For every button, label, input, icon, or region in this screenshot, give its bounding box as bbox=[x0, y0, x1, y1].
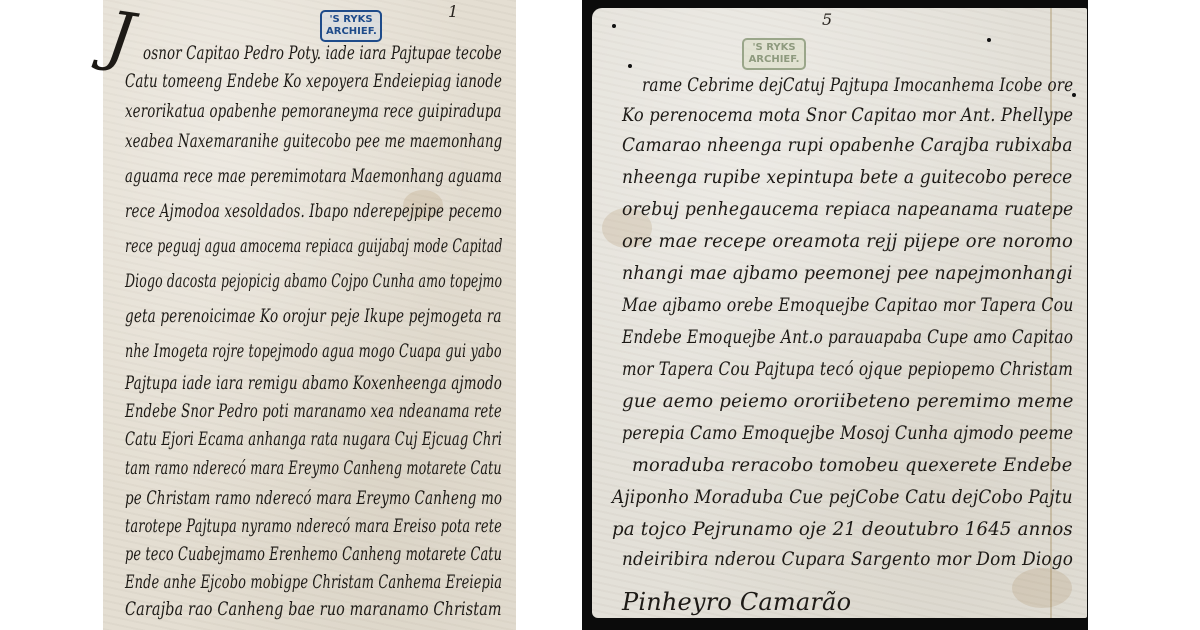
text-line: tarotepe Pajtupa nyramo nderecó mara Ere… bbox=[125, 515, 502, 537]
text-line: nhe Imogeta rojre topejmodo agua mogo Cu… bbox=[125, 340, 502, 362]
text-line: perepia Camo Emoquejbe Mosoj Cunha ajmod… bbox=[622, 422, 1073, 444]
stamp-line-2: ARCHIEF. bbox=[748, 54, 800, 66]
text-line: aguama rece mae peremimotara Maemonhang … bbox=[125, 165, 502, 187]
folio-number: 5 bbox=[822, 10, 832, 29]
text-line: pe teco Cuabejmamo Erenhemo Canheng mota… bbox=[125, 543, 502, 565]
text-line: Mae ajbamo orebe Emoquejbe Capitao mor T… bbox=[622, 294, 1074, 316]
text-line: Catu Ejori Ecama anhanga rata nugara Cuj… bbox=[125, 428, 502, 450]
text-line: Catu tomeeng Endebe Ko xepoyera Endeiepi… bbox=[125, 70, 502, 92]
text-line: osnor Capitao Pedro Poty. iade iara Pajt… bbox=[143, 42, 502, 64]
stamp-line-2: ARCHIEF. bbox=[326, 26, 376, 38]
text-line: xeabea Naxemaranihe guitecobo pee me mae… bbox=[125, 130, 502, 152]
text-line: rece Ajmodoa xesoldados. Ibapo nderepejp… bbox=[125, 200, 502, 222]
folio-number: 1 bbox=[448, 2, 458, 21]
right-manuscript-page: 5 'S RYKS ARCHIEF. rame Cebrime dejCatuj… bbox=[592, 8, 1087, 618]
text-line: Carajba rao Canheng bae ruo maranamo Chr… bbox=[125, 598, 502, 620]
text-line: ndeiribira nderou Cupara Sargento mor Do… bbox=[622, 548, 1073, 570]
text-line: moraduba reracobo tomobeu quexerete Ende… bbox=[632, 454, 1073, 476]
text-line: Ajiponho Moraduba Cue pejCobe Catu dejCo… bbox=[612, 486, 1073, 508]
stamp-line-1: 'S RYKS bbox=[326, 14, 376, 26]
left-manuscript-page: 'S RYKS ARCHIEF. 1 J osnor Capitao Pedro… bbox=[103, 0, 516, 630]
stamp-line-1: 'S RYKS bbox=[748, 42, 800, 54]
ink-spot bbox=[612, 24, 616, 28]
text-line: rame Cebrime dejCatuj Pajtupa Imocanhema… bbox=[642, 74, 1073, 96]
archive-stamp: 'S RYKS ARCHIEF. bbox=[320, 10, 382, 42]
text-line: geta perenoicimae Ko orojur peje Ikupe p… bbox=[125, 305, 502, 327]
ink-spot bbox=[628, 64, 632, 68]
text-line: Ko perenocema mota Snor Capitao mor Ant.… bbox=[622, 104, 1073, 126]
text-line: Camarao nheenga rupi opabenhe Carajba ru… bbox=[622, 134, 1073, 156]
text-line: nheenga rupibe xepintupa bete a guitecob… bbox=[622, 166, 1072, 188]
ink-spot bbox=[987, 38, 991, 42]
text-line: Endebe Emoquejbe Ant.o parauapaba Cupe a… bbox=[622, 326, 1073, 348]
text-line: pa tojco Pejrunamo oje 21 deoutubro 1645… bbox=[612, 518, 1073, 540]
initial-letter: J bbox=[102, 0, 139, 76]
text-line: rece peguaj agua amocema repiaca guijaba… bbox=[125, 235, 503, 257]
text-line: tam ramo nderecó mara Ereymo Canheng mot… bbox=[125, 457, 502, 479]
text-line: gue aemo peiemo ororiibeteno peremimo me… bbox=[622, 390, 1074, 412]
archive-stamp: 'S RYKS ARCHIEF. bbox=[742, 38, 806, 70]
text-line: ore mae recepe oreamota rejj pijepe ore … bbox=[622, 230, 1073, 252]
signature: Pinheyro Camarão bbox=[622, 588, 851, 616]
text-line: xerorikatua opabenhe pemoraneyma rece gu… bbox=[125, 100, 502, 122]
text-line: Ende anhe Ejcobo mobigpe Christam Canhem… bbox=[125, 571, 502, 593]
text-line: mor Tapera Cou Pajtupa tecó ojque pepiop… bbox=[622, 358, 1073, 380]
text-line: nhangi mae ajbamo peemonej pee napejmonh… bbox=[622, 262, 1073, 284]
text-line: Endebe Snor Pedro poti maranamo xea ndea… bbox=[125, 400, 502, 422]
text-line: pe Christam ramo nderecó mara Ereymo Can… bbox=[125, 487, 502, 509]
text-line: orebuj penhegaucema repiaca napeanama ru… bbox=[622, 198, 1073, 220]
ink-stain bbox=[1012, 568, 1072, 608]
text-line: Pajtupa iade iara remigu abamo Koxenheen… bbox=[125, 372, 502, 394]
text-line: Diogo dacosta pejopicig abamo Cojpo Cunh… bbox=[125, 270, 502, 292]
